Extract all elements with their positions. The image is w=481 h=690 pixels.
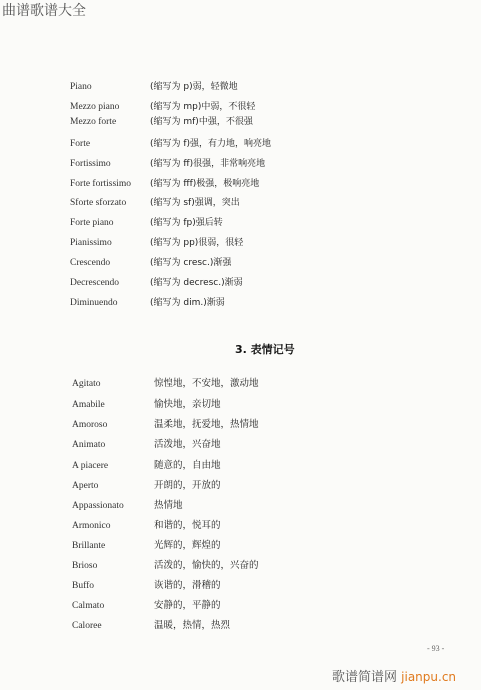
term: Pianissimo — [70, 235, 150, 251]
definition: 愉快地，亲切地 — [154, 397, 221, 413]
term: Appassionato — [72, 498, 152, 514]
definition: (缩写为 fff)极强，极响亮地 — [150, 176, 259, 192]
site-domain: jianpu.cn — [401, 670, 456, 684]
definition: (缩写为 mf)中强，不很强 — [150, 114, 253, 130]
definition: 安静的，平静的 — [154, 598, 221, 614]
term: Piano — [70, 79, 150, 95]
definition: (缩写为 decresc.)渐弱 — [150, 275, 243, 291]
term: Agitato — [72, 376, 152, 392]
term: Fortissimo — [70, 156, 150, 172]
term: Aperto — [72, 478, 152, 494]
term: Forte fortissimo — [70, 176, 150, 192]
definition: 惊惶地，不安地，激动地 — [154, 376, 259, 392]
definition: 光辉的，辉煌的 — [154, 538, 221, 554]
term: Brillante — [72, 538, 152, 554]
term: Armonico — [72, 518, 152, 534]
section-heading: 3. 表情记号 — [235, 341, 295, 357]
term: Caloree — [72, 618, 152, 634]
site-name: 歌谱简谱网 — [332, 670, 397, 685]
definition: (缩写为 sf)强调，突出 — [150, 195, 240, 211]
term: Amabile — [72, 397, 152, 413]
term: Decrescendo — [70, 275, 150, 291]
term: Animato — [72, 437, 152, 453]
definition: (缩写为 fp)强后转 — [150, 215, 223, 231]
page-number: - 93 - — [427, 644, 444, 653]
term: Diminuendo — [70, 295, 150, 311]
term: Crescendo — [70, 255, 150, 271]
term: Calmato — [72, 598, 152, 614]
definition: 随意的，自由地 — [154, 458, 221, 474]
definition: (缩写为 dim.)渐弱 — [150, 295, 225, 311]
definition: (缩写为 f)强，有力地，响亮地 — [150, 136, 271, 152]
definition: 诙谐的，滑稽的 — [154, 578, 221, 594]
definition: 开朗的，开放的 — [154, 478, 221, 494]
definition: (缩写为 ff)很强，非常响亮地 — [150, 156, 265, 172]
site-watermark: 歌谱简谱网 jianpu.cn — [332, 666, 456, 685]
term: Amoroso — [72, 417, 152, 433]
term: Mezzo forte — [70, 114, 150, 130]
term: Mezzo piano — [70, 99, 150, 115]
definition: (缩写为 cresc.)渐强 — [150, 255, 231, 271]
term: Sforte sforzato — [70, 195, 150, 211]
definition: 和谐的，悦耳的 — [154, 518, 221, 534]
definition: 温暖，热情，热烈 — [154, 618, 230, 634]
definition: 热情地 — [154, 498, 183, 514]
term: Forte piano — [70, 215, 150, 231]
definition: 活泼地，兴奋地 — [154, 437, 221, 453]
definition: (缩写为 mp)中弱，不很轻 — [150, 99, 255, 115]
definition: (缩写为 pp)很弱，很轻 — [150, 235, 243, 251]
term: A piacere — [72, 458, 152, 474]
term: Buffo — [72, 578, 152, 594]
watermark-title: 曲谱歌谱大全 — [2, 0, 86, 20]
definition: 活泼的，愉快的，兴奋的 — [154, 558, 259, 574]
definition: (缩写为 p)弱，轻微地 — [150, 79, 238, 95]
term: Brioso — [72, 558, 152, 574]
definition: 温柔地，抚爱地，热情地 — [154, 417, 259, 433]
term: Forte — [70, 136, 150, 152]
